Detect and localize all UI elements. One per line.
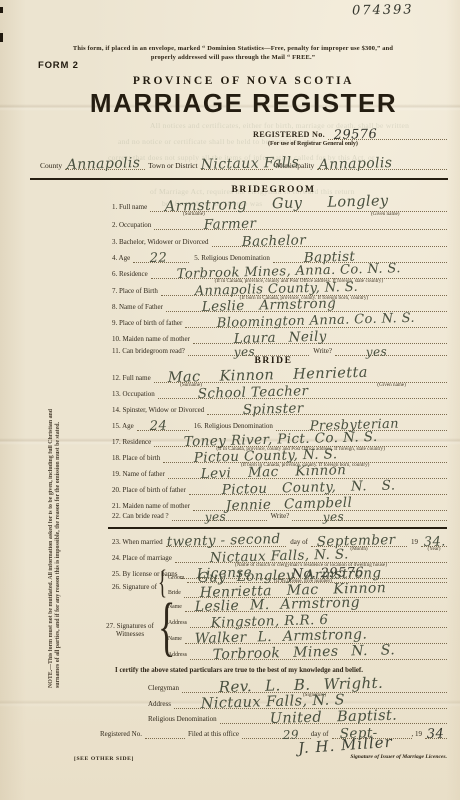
field-label: 7. Place of Birth xyxy=(112,288,161,296)
issuer-signature-caption: Signature of Issuer of Marriage Licences… xyxy=(350,754,447,760)
field-row-bride-father-birthplace: 20. Place of birth of father Pictou Coun… xyxy=(112,479,447,495)
field-line: Bachelor xyxy=(212,230,448,247)
mail-notice-line2: properly addressed will pass through the… xyxy=(60,54,406,61)
field-row-witness2-address: Address Torbrook Mines N. S. xyxy=(168,644,447,660)
field-line: yes xyxy=(292,504,447,521)
field-label: 20. Place of birth of father xyxy=(112,487,189,495)
field-line: 22 xyxy=(133,246,189,263)
field-label: Write? xyxy=(309,348,335,356)
witness-address: Torbrook Mines N. S. xyxy=(213,642,396,663)
field-line: Levi Mac Kinnon xyxy=(168,462,447,479)
field-line: Walker L. Armstrong. xyxy=(185,627,447,644)
field-label: 9. Place of birth of father xyxy=(112,320,185,328)
field-label: 1. Full name xyxy=(112,204,150,212)
field-row-bride-age-religion: 15. Age 24 16. Religious Denomination Pr… xyxy=(112,415,447,431)
field-line: Rev. L. B. Wright. (Signature) xyxy=(182,676,447,693)
field-label: 19. Name of father xyxy=(112,471,168,479)
margin-note: NOTE.—This form must not be mutilated. A… xyxy=(48,290,63,688)
field-row-bride-status: 14. Spinster, Widow or Divorced Spinster xyxy=(112,399,447,415)
field-row-groom-residence: 6. Residence Torbrook Mines, Anna. Co. N… xyxy=(112,263,447,279)
mail-notice-line1: This form, if placed in an envelope, mar… xyxy=(60,45,406,52)
year-prefix: , 19 xyxy=(412,731,426,739)
field-row-witness1-name: Name Leslie M. Armstrong xyxy=(168,596,447,612)
field-line: twenty - second xyxy=(166,530,287,547)
field-line: Annapolis County, N. S. (If born in Cana… xyxy=(161,279,447,296)
province-heading: PROVINCE OF NOVA SCOTIA xyxy=(40,75,447,87)
field-line: Mac Kinnon Henrietta (Surname) (Given na… xyxy=(154,366,447,383)
field-row-place-of-marriage: 24. Place of marriage Nictaux Falls, N. … xyxy=(112,547,447,563)
field-line: 34 xyxy=(425,722,447,739)
field-line: yes xyxy=(188,339,309,356)
field-label: 23. When married xyxy=(112,539,166,547)
field-label: 6. Residence xyxy=(112,271,151,279)
field-label: Name xyxy=(168,637,185,644)
field-row-groom-read-write: 11. Can bridegroom read? yes Write? yes xyxy=(112,340,447,356)
field-row-witness2-name: Name Walker L. Armstrong. xyxy=(168,628,447,644)
field-label: 17. Residence xyxy=(112,439,154,447)
field-line: School Teacher xyxy=(158,382,447,399)
margin-note-line1: NOTE.—This form must not be mutilated. A… xyxy=(48,290,55,688)
field-row-groom-birthplace: 7. Place of Birth Annapolis County, N. S… xyxy=(112,280,447,296)
field-line xyxy=(145,722,185,739)
registered-no-label: REGISTERED No. xyxy=(253,131,328,140)
field-row-when-married: 23. When married twenty - second day of … xyxy=(112,531,447,547)
page-title: MARRIAGE REGISTER xyxy=(40,88,447,119)
witnesses-label-line1: 27. Signatures of xyxy=(100,622,160,630)
signature-of-label: 26. Signature of xyxy=(112,583,157,591)
field-row-witness1-address: Address Kingston, R.R. 6 xyxy=(168,612,447,628)
field-line: Torbrook Mines, Anna. Co. N. S. (If in C… xyxy=(151,262,447,279)
municipality-line: Annapolis xyxy=(317,153,447,170)
field-row-bride-residence: 17. Residence Toney River, Pict. Co. N. … xyxy=(112,431,447,447)
field-line: Toney River, Pict. Co. N. S. (If in Cana… xyxy=(154,430,447,447)
handwritten-value: yes xyxy=(323,509,345,524)
field-line: Baptist xyxy=(273,246,447,263)
field-label: Registered No. xyxy=(100,731,145,739)
witnesses-label-line2: Witnesses xyxy=(100,630,160,638)
registered-no-row: REGISTERED No. 29576 xyxy=(253,124,447,140)
town-value: Nictaux Falls xyxy=(200,154,299,173)
field-row-groom-status: 3. Bachelor, Widower or Divorced Bachelo… xyxy=(112,231,447,247)
section-divider xyxy=(30,178,448,180)
field-row-bride-birthplace: 18. Place of birth Pictou County, N. S. … xyxy=(112,447,447,463)
scan-artifact xyxy=(0,33,3,42)
field-line: 24 xyxy=(137,414,189,431)
field-label: 12. Full name xyxy=(112,375,154,383)
field-label: 18. Place of birth xyxy=(112,455,163,463)
field-label: 8. Name of Father xyxy=(112,304,166,312)
registrar-only-note: (For use of Registrar General only) xyxy=(268,141,358,147)
registered-no-line: 29576 xyxy=(328,123,447,140)
field-label: 13. Occupation xyxy=(112,391,158,399)
field-line: Spinster xyxy=(207,398,447,415)
marriage-register-document: All notices and certificates, either for… xyxy=(0,0,460,800)
field-line: 29 xyxy=(242,722,311,739)
field-label: 15. Age xyxy=(112,423,137,431)
witnesses-label: 27. Signatures of Witnesses xyxy=(100,622,160,639)
see-other-side-note: [SEE OTHER SIDE] xyxy=(74,756,134,762)
margin-note-line2: surnames of all parties, and if for any … xyxy=(55,290,62,688)
field-label: 2. Occupation xyxy=(112,222,154,230)
field-row-groom-father-birthplace: 9. Place of birth of father Bloomington … xyxy=(112,312,447,328)
field-line: Pictou County, N. S. (If born in Canada,… xyxy=(163,446,447,463)
field-line: Leslie M. Armstrong xyxy=(185,595,447,612)
county-line: Annapolis xyxy=(65,153,145,170)
field-label: 24. Place of marriage xyxy=(112,555,175,563)
field-row-bride-occupation: 13. Occupation School Teacher xyxy=(112,383,447,399)
county-value: Annapolis xyxy=(67,155,141,173)
field-label: 11. Can bridegroom read? xyxy=(112,348,188,356)
field-line: Nictaux Falls, N. S. (Name of church or … xyxy=(175,546,447,563)
field-row-bride-father: 19. Name of father Levi Mac Kinnon xyxy=(112,463,447,479)
town-label: Town or District xyxy=(145,162,200,171)
field-row-bride-read-write: 22. Can bride read ? yes Write? yes xyxy=(112,505,447,521)
field-line: yes xyxy=(172,504,267,521)
handwritten-value: yes xyxy=(204,509,226,524)
bridegroom-heading: BRIDEGROOM xyxy=(100,185,447,195)
bride-heading: BRIDE xyxy=(100,356,447,366)
field-line: 34. (Year) xyxy=(421,530,447,547)
field-row-registered-filed: Registered No. Filed at this office 29 d… xyxy=(100,723,447,739)
field-line: Armstrong Guy Longley (Surname) (Given n… xyxy=(150,195,447,212)
county-label: County xyxy=(40,162,65,171)
field-line: Leslie Armstrong xyxy=(166,295,447,312)
field-row-groom-occupation: 2. Occupation Farmer xyxy=(112,214,447,230)
field-row-groom-father: 8. Name of Father Leslie Armstrong xyxy=(112,296,447,312)
scan-artifact xyxy=(0,7,3,13)
field-line: Pictou County, N. S. xyxy=(189,478,447,495)
handwritten-serial-number: 074393 xyxy=(352,2,414,18)
field-row-clergyman: Clergyman Rev. L. B. Wright. (Signature) xyxy=(148,677,447,693)
filed-year-value: 34 xyxy=(427,727,445,742)
form-number: FORM 2 xyxy=(38,60,79,71)
field-line: September (Month) xyxy=(311,530,407,547)
field-line: yes xyxy=(335,339,447,356)
field-label: Write? xyxy=(267,513,293,521)
town-line: Nictaux Falls xyxy=(201,153,273,170)
field-line: Bloomington Anna. Co. N. S. xyxy=(185,311,447,328)
field-line: Torbrook Mines N. S. xyxy=(190,643,447,660)
field-label: 22. Can bride read ? xyxy=(112,513,172,521)
certify-statement: I certify the above stated particulars a… xyxy=(98,667,380,674)
field-line: Kingston, R.R. 6 xyxy=(190,611,447,628)
field-line: Farmer xyxy=(154,213,447,230)
county-row: County Annapolis Town or District Nictau… xyxy=(40,154,447,170)
field-row-groom-name: 1. Full name Armstrong Guy Longley (Surn… xyxy=(112,196,447,212)
section-divider xyxy=(108,527,447,529)
field-row-bride-name: 12. Full name Mac Kinnon Henrietta (Surn… xyxy=(112,367,447,383)
field-label: 4. Age xyxy=(112,255,133,263)
field-label: Address xyxy=(168,653,190,660)
field-label: Filed at this office xyxy=(185,731,242,739)
field-label: Name xyxy=(168,605,185,612)
municipality-value: Annapolis xyxy=(319,155,393,173)
